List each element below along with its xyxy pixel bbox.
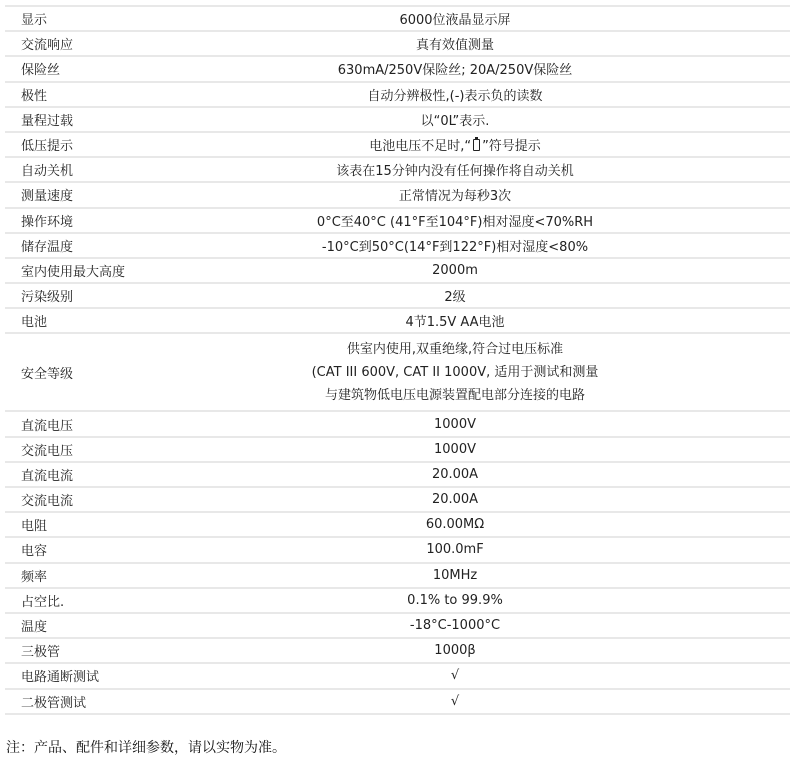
spec-row-polarity: 极性 自动分辨极性,(-)表示负的读数 [5,83,790,108]
spec-value: -10°C到50°C(14°F到122°F)相对湿度<80% [5,236,790,255]
spec-row-pollution: 污染级别 2级 [5,284,790,309]
spec-value: 1000V [5,442,790,457]
spec-row-fuse: 保险丝 630mA/250V保险丝; 20A/250V保险丝 [5,57,790,82]
spec-row-storage-temp: 储存温度 -10°C到50°C(14°F到122°F)相对湿度<80% [5,234,790,259]
spec-row-operating-env: 操作环境 0°C至40°C (41°F至104°F)相对湿度<70%RH [5,209,790,234]
spec-row-ac-response: 交流响应 真有效值测量 [5,32,790,57]
battery-low-icon [473,139,480,151]
spec-value: 10MHz [5,568,790,583]
spec-row-temperature: 温度 -18°C-1000°C [5,614,790,639]
spec-value: 60.00MΩ [5,517,790,532]
spec-row-dc-current: 直流电流 20.00A [5,463,790,488]
spec-row-low-battery: 低压提示 电池电压不足时,“”符号提示 [5,133,790,158]
spec-value: 20.00A [5,467,790,482]
spec-value-line: (CAT III 600V, CAT II 1000V, 适用于测试和测量 [5,361,790,384]
spec-value: 0°C至40°C (41°F至104°F)相对湿度<70%RH [5,211,790,230]
spec-value-part: 电池电压不足时,“ [369,139,471,154]
spec-row-safety: 安全等级 供室内使用,双重绝缘,符合过电压标准 (CAT III 600V, C… [5,334,790,412]
check-mark-icon: √ [5,694,790,709]
spec-value: -18°C-1000°C [5,618,790,633]
check-mark-icon: √ [5,668,790,683]
spec-value: 供室内使用,双重绝缘,符合过电压标准 (CAT III 600V, CAT II… [5,338,790,407]
spec-value: 电池电压不足时,“”符号提示 [5,135,790,154]
spec-value: 4节1.5V AA电池 [5,311,790,330]
spec-row-diode: 二极管测试 √ [5,690,790,715]
spec-row-overload: 量程过载 以“0L”表示. [5,108,790,133]
spec-value: 630mA/250V保险丝; 20A/250V保险丝 [5,59,790,78]
spec-value: 1000β [5,643,790,658]
spec-value: 6000位液晶显示屏 [5,9,790,28]
spec-row-auto-off: 自动关机 该表在15分钟内没有任何操作将自动关机 [5,158,790,183]
spec-value: 0.1% to 99.9% [5,593,790,608]
spec-value: 以“0L”表示. [5,110,790,129]
spec-value: 20.00A [5,492,790,507]
spec-row-resistance: 电阻 60.00MΩ [5,513,790,538]
footnote: 注：产品、配件和详细参数，请以实物为准。 [6,737,286,757]
spec-value: 1000V [5,417,790,432]
spec-row-speed: 测量速度 正常情况为每秒3次 [5,183,790,208]
spec-row-continuity: 电路通断测试 √ [5,664,790,689]
spec-value: 100.0mF [5,542,790,557]
spec-value: 2级 [5,286,790,305]
spec-value: 2000m [5,263,790,278]
spec-row-battery: 电池 4节1.5V AA电池 [5,309,790,334]
spec-value: 自动分辨极性,(-)表示负的读数 [5,85,790,104]
spec-row-ac-current: 交流电流 20.00A [5,488,790,513]
spec-row-duty-cycle: 占空比. 0.1% to 99.9% [5,589,790,614]
spec-row-ac-voltage: 交流电压 1000V [5,438,790,463]
spec-row-dc-voltage: 直流电压 1000V [5,412,790,437]
spec-value-line: 供室内使用,双重绝缘,符合过电压标准 [5,338,790,361]
spec-row-transistor: 三极管 1000β [5,639,790,664]
spec-value: 真有效值测量 [5,34,790,53]
spec-row-display: 显示 6000位液晶显示屏 [5,7,790,32]
spec-row-frequency: 频率 10MHz [5,564,790,589]
spec-table: 显示 6000位液晶显示屏 交流响应 真有效值测量 保险丝 630mA/250V… [5,5,790,715]
spec-row-capacitance: 电容 100.0mF [5,538,790,563]
spec-value: 正常情况为每秒3次 [5,185,790,204]
spec-value-line: 与建筑物低电压电源装置配电部分连接的电路 [5,384,790,407]
spec-value: 该表在15分钟内没有任何操作将自动关机 [5,160,790,179]
spec-value-part: ”符号提示 [482,139,541,154]
spec-row-altitude: 室内使用最大高度 2000m [5,259,790,284]
